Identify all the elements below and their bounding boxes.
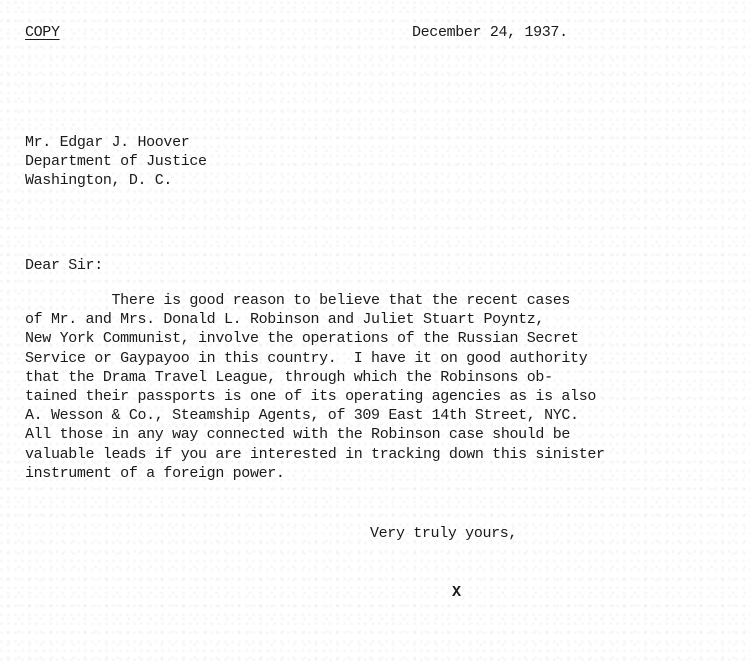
body-line: Service or Gaypayoo in this country. I h… [25,349,605,368]
recipient-city: Washington, D. C. [25,171,172,190]
salutation: Dear Sir: [25,256,103,275]
body-line: valuable leads if you are interested in … [25,445,605,464]
letter-date: December 24, 1937. [412,23,568,42]
copy-label: COPY [25,23,60,42]
body-line: instrument of a foreign power. [25,464,605,483]
signature-mark: X [452,583,461,602]
body-line: There is good reason to believe that the… [25,291,605,310]
closing: Very truly yours, [370,524,517,543]
recipient-name: Mr. Edgar J. Hoover [25,133,189,152]
body-line: A. Wesson & Co., Steamship Agents, of 30… [25,406,605,425]
body-line: of Mr. and Mrs. Donald L. Robinson and J… [25,310,605,329]
body-line: New York Communist, involve the operatio… [25,329,605,348]
recipient-department: Department of Justice [25,152,207,171]
letter-body: There is good reason to believe that the… [25,291,605,483]
body-line: that the Drama Travel League, through wh… [25,368,605,387]
body-line: All those in any way connected with the … [25,425,605,444]
body-line: tained their passports is one of its ope… [25,387,605,406]
